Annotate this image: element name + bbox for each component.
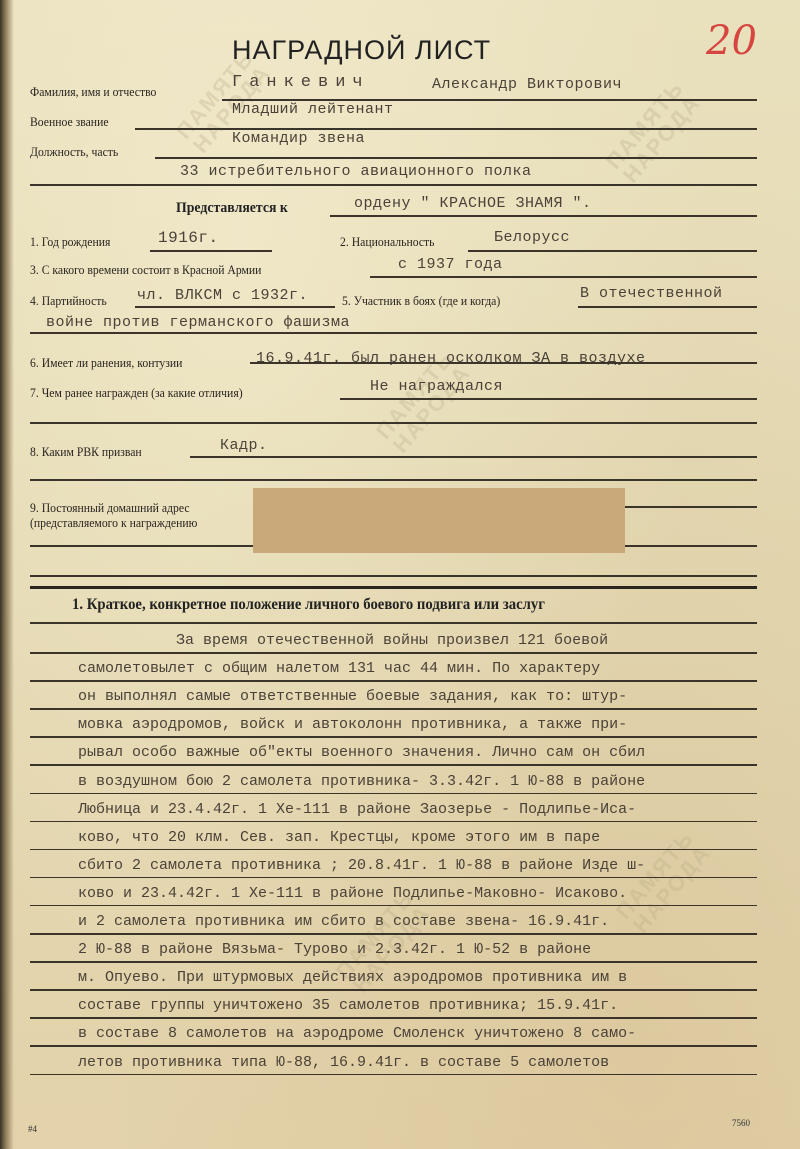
footer-left-mark: #4 <box>28 1124 37 1134</box>
name-label: Фамилия, имя и отчество <box>30 84 156 100</box>
rule <box>155 157 757 159</box>
narrative-line: 2 Ю-88 в районе Вязьма- Турово и 2.3.42г… <box>78 941 591 958</box>
rule <box>30 652 757 654</box>
narrative-line: и 2 самолета противника им сбито в соста… <box>78 913 609 930</box>
rule <box>135 128 757 130</box>
rule <box>190 456 757 458</box>
f3-label: 3. С какого времени состоит в Красной Ар… <box>30 262 261 278</box>
narrative-line: в воздушном бою 2 самолета противника- 3… <box>78 773 645 790</box>
f5-value-1: В отечественной <box>580 285 723 302</box>
redacted-address <box>253 488 625 553</box>
rule <box>30 736 757 738</box>
unit-value: 33 истребительного авиационного полка <box>180 163 532 180</box>
nominated-label: Представляется к <box>176 200 288 217</box>
rank-label: Военное звание <box>30 114 109 130</box>
rank-value: Младший лейтенант <box>232 101 394 118</box>
f7-value: Не награждался <box>370 378 503 395</box>
f5-label: 5. Участник в боях (где и когда) <box>342 293 500 309</box>
narrative-line: мовка аэродромов, войск и автоколонн про… <box>78 716 627 733</box>
rule <box>30 1017 757 1019</box>
sheet-number: 20 <box>706 18 757 64</box>
rule <box>30 905 757 907</box>
rule <box>30 680 757 682</box>
document-title: НАГРАДНОЙ ЛИСТ <box>232 35 491 66</box>
f8-label: 8. Каким РВК призван <box>30 444 142 460</box>
rule <box>135 306 335 308</box>
rule <box>30 575 757 577</box>
rule <box>468 250 757 252</box>
f4-value: чл. ВЛКСМ с 1932г. <box>137 287 308 304</box>
rule <box>30 332 757 334</box>
rule <box>30 849 757 851</box>
rule <box>30 622 757 624</box>
narrative-line: составе группы уничтожено 35 самолетов п… <box>78 997 618 1014</box>
rule <box>30 1045 757 1047</box>
rule <box>250 362 757 364</box>
f5-value-2: войне против германского фашизма <box>46 314 350 331</box>
f2-value: Белорусс <box>494 229 570 246</box>
narrative-line: м. Опуево. При штурмовых действиях аэрод… <box>78 969 627 986</box>
narrative-line: ково, что 20 клм. Сев. зап. Крестцы, кро… <box>78 829 600 846</box>
rule <box>30 877 757 879</box>
f1-label: 1. Год рождения <box>30 234 110 250</box>
rule <box>30 961 757 963</box>
f7-label: 7. Чем ранее награжден (за какие отличия… <box>30 385 243 401</box>
f6-value: 16.9.41г. был ранен осколком ЗА в воздух… <box>256 350 646 367</box>
rule <box>30 708 757 710</box>
name-surname: Ганкевич <box>232 73 370 92</box>
print-code: 7560 <box>732 1118 750 1128</box>
f8-value: Кадр. <box>220 437 268 454</box>
rule <box>340 398 757 400</box>
narrative-line: ково и 23.4.42г. 1 Хе-111 в районе Подли… <box>78 885 627 902</box>
rule <box>30 764 757 766</box>
name-given: Александр Викторович <box>432 76 622 93</box>
rule <box>620 506 757 508</box>
nominated-value: ордену " КРАСНОЕ ЗНАМЯ ". <box>354 195 592 212</box>
f3-value: с 1937 года <box>398 256 503 273</box>
narrative-line: в составе 8 самолетов на аэродроме Смоле… <box>78 1025 636 1042</box>
rule <box>30 933 757 935</box>
page-edge <box>0 0 14 1149</box>
rule <box>370 276 757 278</box>
f2-label: 2. Национальность <box>340 234 435 250</box>
rule <box>30 422 757 424</box>
section1-heading: 1. Краткое, конкретное положение личного… <box>72 596 545 614</box>
rule <box>30 184 757 186</box>
rule <box>150 250 272 252</box>
position-label: Должность, часть <box>30 144 118 160</box>
f1-value: 1916г. <box>158 229 219 247</box>
f4-label: 4. Партийность <box>30 293 107 309</box>
narrative-line: сбито 2 самолета противника ; 20.8.41г. … <box>78 857 645 874</box>
narrative-line: За время отечественной войны произвел 12… <box>176 632 608 649</box>
narrative-line: самолетовылет с общим налетом 131 час 44… <box>78 660 600 677</box>
narrative-line: летов противника типа Ю-88, 16.9.41г. в … <box>78 1054 609 1071</box>
position-value: Командир звена <box>232 130 365 147</box>
section-divider <box>30 586 757 589</box>
rule <box>30 1074 757 1076</box>
rule <box>30 479 757 481</box>
rule <box>30 989 757 991</box>
f6-label: 6. Имеет ли ранения, контузии <box>30 355 182 371</box>
narrative-line: Любница и 23.4.42г. 1 Хе-111 в районе За… <box>78 801 636 818</box>
narrative-line: он выполнял самые ответственные боевые з… <box>78 688 627 705</box>
f9-label-2: (представляемого к награждению <box>30 515 197 531</box>
rule <box>578 306 757 308</box>
f9-label-1: 9. Постоянный домашний адрес <box>30 500 190 516</box>
rule <box>330 215 757 217</box>
rule <box>30 821 757 823</box>
narrative-line: рывал особо важные об"екты военного знач… <box>78 744 645 761</box>
rule <box>30 793 757 795</box>
